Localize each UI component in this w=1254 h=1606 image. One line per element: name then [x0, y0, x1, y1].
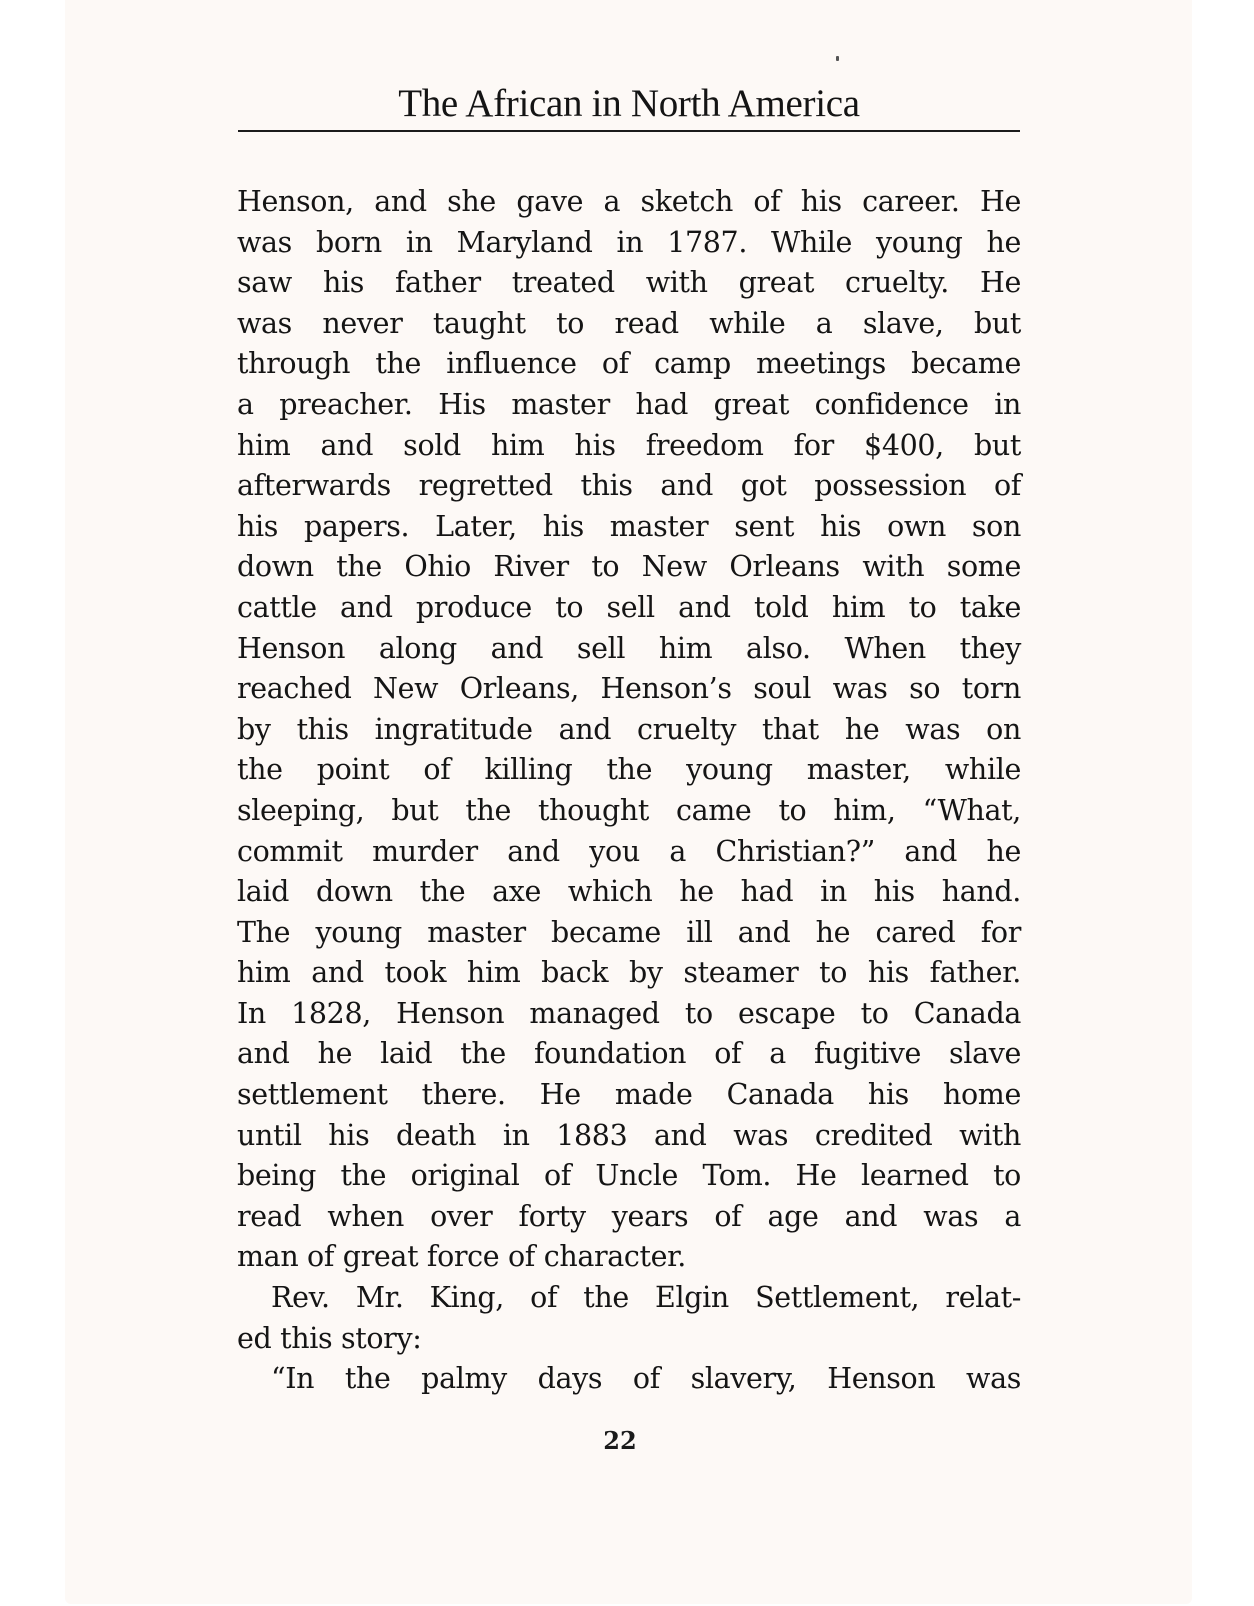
- text-line: In 1828, Henson managed to escape to Can…: [237, 994, 1021, 1035]
- text-line: The young master became ill and he cared…: [237, 913, 1021, 954]
- body-text: Henson, and she gave a sketch of his car…: [237, 182, 1021, 1400]
- text-line: him and sold him his freedom for $400, b…: [237, 426, 1021, 467]
- text-line: and he laid the foundation of a fugitive…: [237, 1034, 1021, 1075]
- paragraph-end-line: ed this story:: [237, 1319, 1021, 1360]
- quotation-start-line: “In the palmy days of slavery, Henson wa…: [237, 1359, 1021, 1400]
- text-line: until his death in 1883 and was credited…: [237, 1116, 1021, 1157]
- text-line: was born in Maryland in 1787. While youn…: [237, 223, 1021, 264]
- header-rule: [238, 130, 1020, 132]
- text-line: reached New Orleans, Henson’s soul was s…: [237, 669, 1021, 710]
- print-speck: [836, 56, 839, 61]
- page-number: 22: [580, 1426, 660, 1455]
- text-line: read when over forty years of age and wa…: [237, 1197, 1021, 1238]
- text-line: sleeping, but the thought came to him, “…: [237, 791, 1021, 832]
- text-line: being the original of Uncle Tom. He lear…: [237, 1156, 1021, 1197]
- text-line: down the Ohio River to New Orleans with …: [237, 547, 1021, 588]
- text-line: his papers. Later, his master sent his o…: [237, 507, 1021, 548]
- text-line: was never taught to read while a slave, …: [237, 304, 1021, 345]
- text-line: through the influence of camp meetings b…: [237, 344, 1021, 385]
- paragraph-end-line: man of great force of character.: [237, 1237, 1021, 1278]
- text-line: laid down the axe which he had in his ha…: [237, 872, 1021, 913]
- text-line: afterwards regretted this and got posses…: [237, 466, 1021, 507]
- text-line: the point of killing the young master, w…: [237, 750, 1021, 791]
- text-line: cattle and produce to sell and told him …: [237, 588, 1021, 629]
- text-line: Henson, and she gave a sketch of his car…: [237, 182, 1021, 223]
- text-line: commit murder and you a Christian?” and …: [237, 832, 1021, 873]
- text-line: settlement there. He made Canada his hom…: [237, 1075, 1021, 1116]
- text-line: saw his father treated with great cruelt…: [237, 263, 1021, 304]
- text-line: by this ingratitude and cruelty that he …: [237, 710, 1021, 751]
- text-line: a preacher. His master had great confide…: [237, 385, 1021, 426]
- paragraph-start-line: Rev. Mr. King, of the Elgin Settlement, …: [237, 1278, 1021, 1319]
- running-head: The African in North America: [238, 82, 1020, 126]
- text-line: him and took him back by steamer to his …: [237, 953, 1021, 994]
- text-line: Henson along and sell him also. When the…: [237, 629, 1021, 670]
